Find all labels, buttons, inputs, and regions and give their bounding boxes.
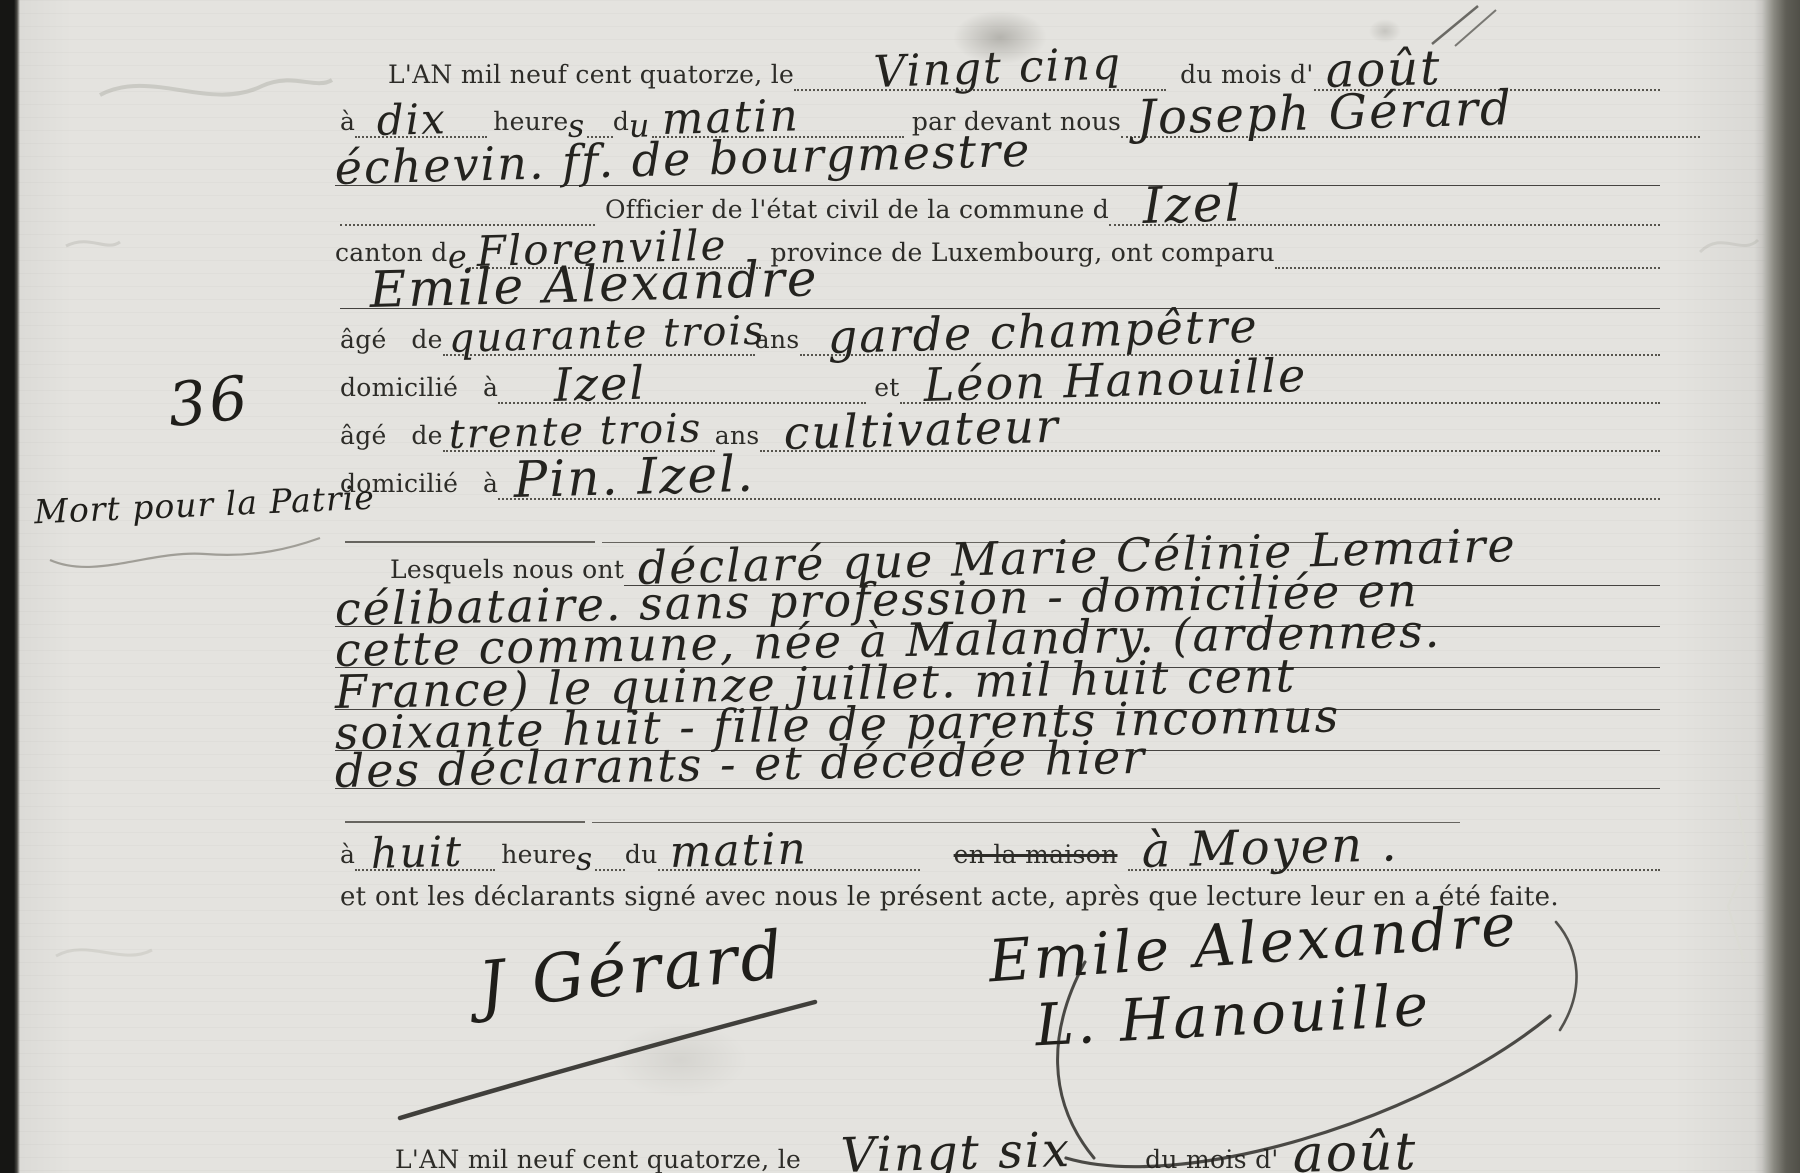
handwritten-domicile1: Izel xyxy=(553,366,646,402)
handwritten-profession2: cultivateur xyxy=(783,410,1060,450)
civil-officer-line: Officier de l'état civil de la commune d… xyxy=(340,182,1660,226)
printed-aged-label: âgé de xyxy=(340,327,443,356)
printed-and-label: et xyxy=(874,375,899,404)
left-scan-edge xyxy=(0,0,20,1173)
fill-line-commune: Izel xyxy=(1109,182,1660,226)
handwritten-hour: dix xyxy=(377,104,448,136)
handwritten-month: août xyxy=(1292,1133,1418,1173)
handwritten-commune: Izel xyxy=(1142,185,1243,224)
declarant2-domicile-line: domicilié à Pin. Izel. xyxy=(340,456,1660,500)
declarant1-domicile-line: domicilié à Izel et Léon Hanouille xyxy=(340,360,1660,404)
corner-ink-mark xyxy=(1432,6,1478,44)
handwritten-death-period: matin xyxy=(669,834,808,869)
printed-month-label: du mois d' xyxy=(1145,1147,1278,1173)
scanned-death-record-page: L'AN mil neuf cent quatorze, le Vingt ci… xyxy=(0,0,1800,1173)
signature-flourish xyxy=(400,1002,815,1118)
fill-dots xyxy=(595,827,625,871)
margin-act-number: 36 xyxy=(166,374,253,430)
declaration-line6: des déclarants - et décédée hier xyxy=(335,745,1660,789)
fill-line-age2: trente trois xyxy=(443,408,715,452)
printed-domiciled-label: domicilié à xyxy=(340,375,498,404)
death-time-line: à huit heure s du matin en la maison à M… xyxy=(340,827,1660,871)
handwritten-plural-s: s xyxy=(576,847,595,871)
printed-aged-label: âgé de xyxy=(340,423,443,452)
ink-bleed-artifact xyxy=(66,242,120,246)
printed-at-label: à xyxy=(340,109,355,138)
fill-line-officer-title: échevin. ff. de bourgmestre xyxy=(335,142,1660,186)
fill-line-day: Vingt cinq xyxy=(794,47,1166,91)
handwritten-age1: quarante trois xyxy=(448,317,766,354)
printed-of-label: du xyxy=(625,842,658,871)
handwritten-death-hour: huit xyxy=(371,836,464,869)
ink-bleed-artifact xyxy=(1700,240,1758,252)
ink-bleed-artifact xyxy=(56,950,152,956)
fill-line-month: août xyxy=(1279,1132,1660,1173)
handwritten-declarant1-name: Emile Alexandre xyxy=(369,260,819,308)
printed-hours-label: heure xyxy=(501,842,576,871)
ink-bleed-artifact xyxy=(100,80,332,95)
fill-dots xyxy=(587,94,613,138)
declarant1-name-line: Emile Alexandre xyxy=(340,265,1660,309)
fill-line-day: Vingt six xyxy=(801,1132,1131,1173)
declarant1-age-line: âgé de quarante trois ans garde champêtr… xyxy=(340,312,1660,356)
fill-dots xyxy=(1275,225,1660,269)
declarant2-age-line: âgé de trente trois ans cultivateur xyxy=(340,408,1660,452)
fill-line-domicile2: Pin. Izel. xyxy=(498,456,1660,500)
fill-line-officer: Joseph Gérard xyxy=(1121,94,1700,138)
fill-line-domicile1: Izel xyxy=(498,360,866,404)
paper-crease xyxy=(1728,795,1748,962)
printed-struck-in-the-house: en la maison xyxy=(954,842,1118,871)
signature-declarant2: L. Hanouille xyxy=(1034,982,1432,1049)
handwritten-officer-name: Joseph Gérard xyxy=(1136,92,1513,136)
handwritten-profession1: garde champêtre xyxy=(827,310,1259,354)
rule-segment xyxy=(345,821,585,823)
fill-line-death-hour: huit xyxy=(355,827,495,871)
fill-line-death-period: matin xyxy=(658,827,920,871)
signature-flourish xyxy=(1556,922,1577,1030)
handwritten-age2: trente trois xyxy=(448,415,702,450)
right-page-edge xyxy=(1754,0,1800,1173)
handwritten-death-place: à Moyen . xyxy=(1141,828,1399,869)
paper-stain xyxy=(590,1010,770,1110)
signature-official: J Gérard xyxy=(476,929,788,1014)
memorial-note-flourish xyxy=(50,538,320,567)
handwritten-declaration-line6: des déclarants - et décédée hier xyxy=(335,741,1147,788)
fill-line-declarant1: Emile Alexandre xyxy=(340,265,1660,309)
fill-dots xyxy=(340,182,595,226)
printed-year-label: L'AN mil neuf cent quatorze, le xyxy=(395,1147,801,1173)
fill-line-hour: dix xyxy=(355,94,487,138)
margin-memorial-note: Mort pour la Patrie xyxy=(34,485,376,526)
officer-title-line: échevin. ff. de bourgmestre xyxy=(335,142,1660,186)
printed-year-label: L'AN mil neuf cent quatorze, le xyxy=(388,62,794,91)
handwritten-day: Vingt six xyxy=(840,1133,1071,1173)
fill-line-declaration6: des déclarants - et décédée hier xyxy=(335,745,1660,789)
corner-ink-mark xyxy=(1455,10,1496,46)
fill-line-profession2: cultivateur xyxy=(760,408,1661,452)
printed-at-label: à xyxy=(340,842,355,871)
handwritten-officer-title: échevin. ff. de bourgmestre xyxy=(334,134,1031,185)
fill-line-death-place: à Moyen . xyxy=(1128,827,1661,871)
fill-line-declarant2: Léon Hanouille xyxy=(900,360,1660,404)
handwritten-day: Vingt cinq xyxy=(873,49,1122,89)
fill-line-age1: quarante trois xyxy=(443,312,755,356)
printed-hours-label: heure xyxy=(493,109,568,138)
handwritten-declarant2-name: Léon Hanouille xyxy=(923,359,1307,402)
handwritten-domicile2: Pin. Izel. xyxy=(513,456,755,498)
next-act-line: L'AN mil neuf cent quatorze, le Vingt si… xyxy=(395,1132,1660,1173)
